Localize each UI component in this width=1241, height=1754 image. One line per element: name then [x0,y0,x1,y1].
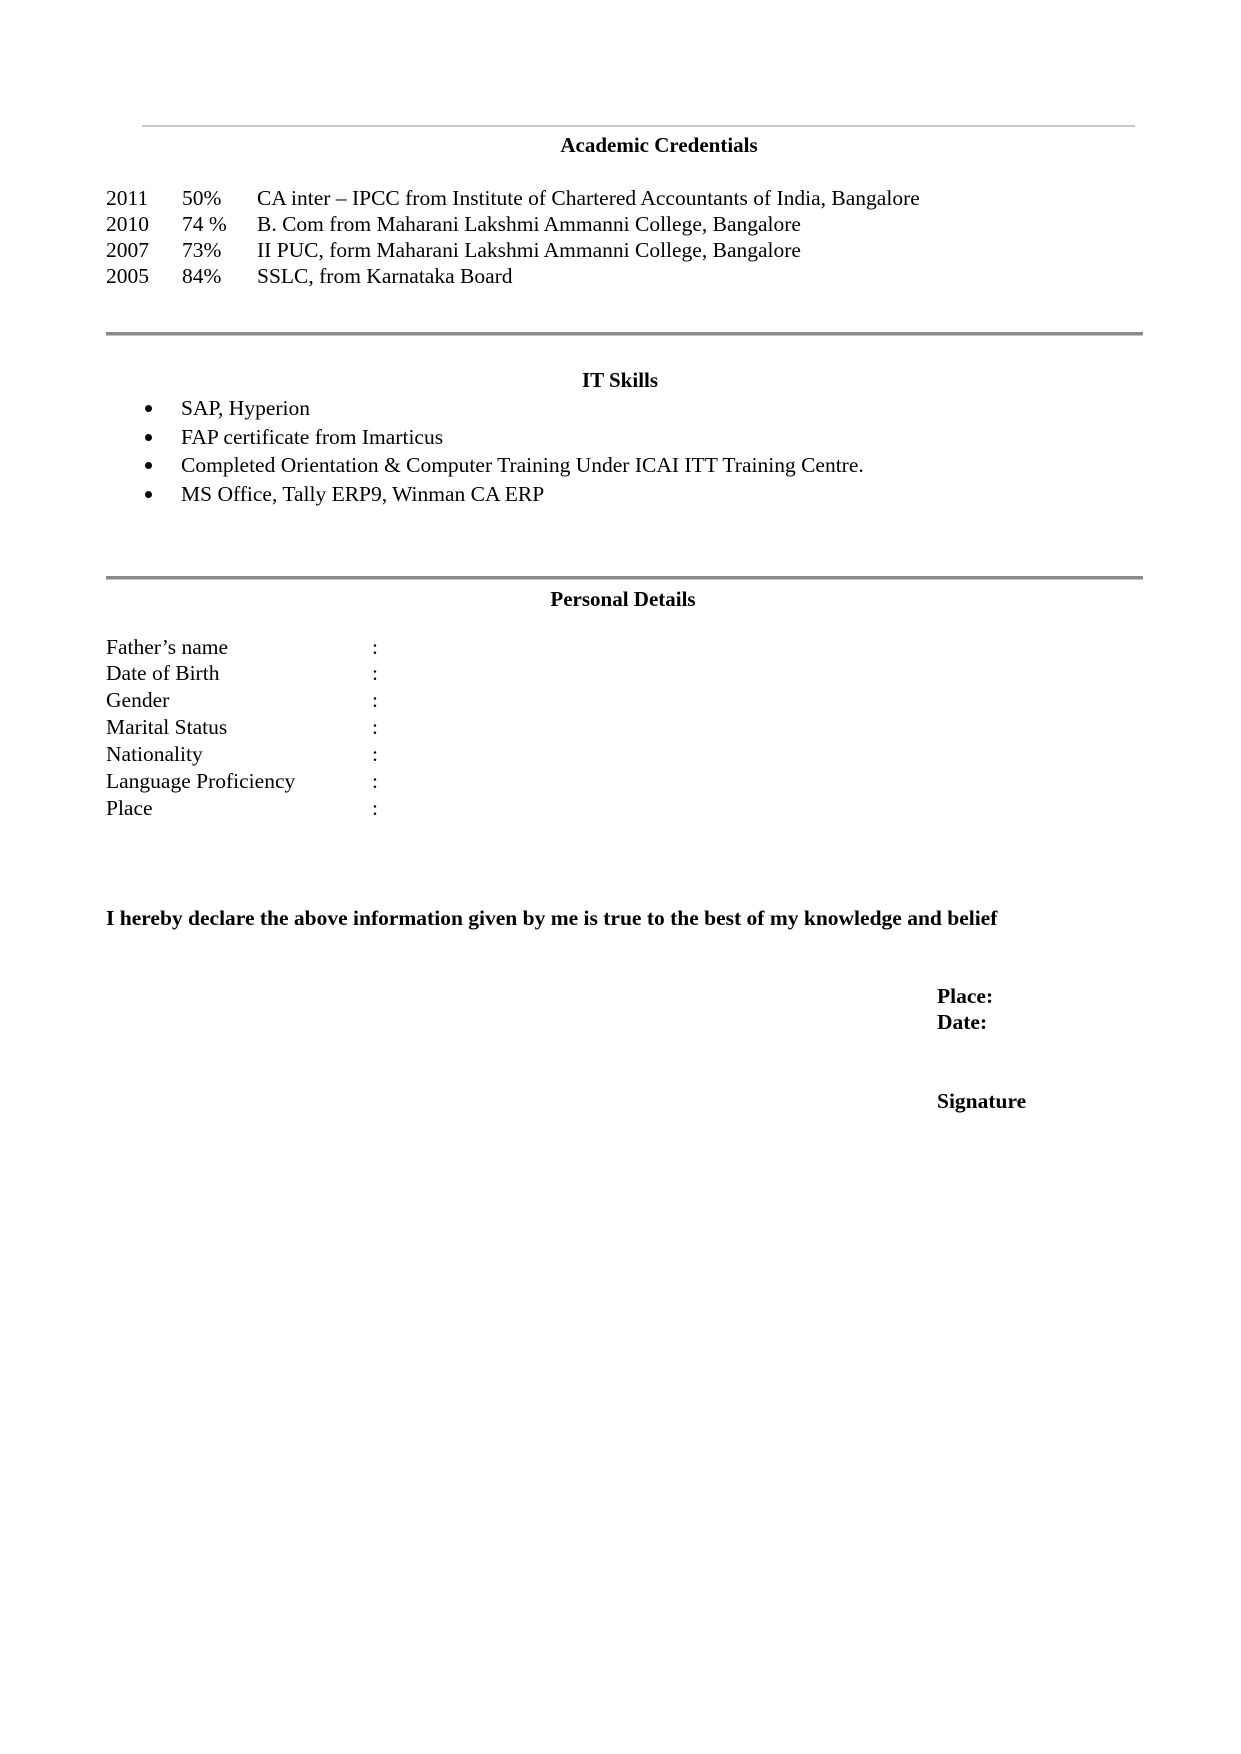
field-separator: : [372,660,378,686]
field-label: Nationality [106,741,203,767]
field-label: Place [106,795,153,821]
top-divider [142,125,1135,127]
academic-year: 2010 [106,211,149,237]
academic-percent: 84% [182,263,221,289]
signature-label: Signature [937,1088,1026,1114]
academic-percent: 74 % [182,211,227,237]
bullet-icon [145,462,152,469]
field-label: Date of Birth [106,660,219,686]
field-separator: : [372,741,378,767]
skill-text: Completed Orientation & Computer Trainin… [181,451,864,480]
field-label: Father’s name [106,634,228,660]
field-separator: : [372,768,378,794]
place-label: Place: [937,983,993,1009]
academic-credentials-heading: Academic Credentials [560,132,757,158]
academic-description: II PUC, form Maharani Lakshmi Ammanni Co… [257,237,801,263]
bullet-icon [145,434,152,441]
field-separator: : [372,687,378,713]
field-separator: : [372,795,378,821]
it-skills-heading: IT Skills [582,367,658,393]
field-label: Gender [106,687,169,713]
field-separator: : [372,714,378,740]
academic-year: 2011 [106,185,148,211]
academic-percent: 50% [182,185,221,211]
skill-text: MS Office, Tally ERP9, Winman CA ERP [181,480,544,509]
academic-year: 2007 [106,237,149,263]
skill-text: FAP certificate from Imarticus [181,423,443,452]
field-label: Language Proficiency [106,768,295,794]
bullet-icon [145,491,152,498]
academic-year: 2005 [106,263,149,289]
academic-description: B. Com from Maharani Lakshmi Ammanni Col… [257,211,801,237]
field-separator: : [372,634,378,660]
academic-percent: 73% [182,237,221,263]
declaration-text: I hereby declare the above information g… [106,904,997,932]
date-label: Date: [937,1009,987,1035]
field-label: Marital Status [106,714,227,740]
academic-description: CA inter – IPCC from Institute of Charte… [257,185,920,211]
academic-description: SSLC, from Karnataka Board [257,263,513,289]
skill-text: SAP, Hyperion [181,394,310,423]
section-divider [106,576,1143,580]
bullet-icon [145,405,152,412]
section-divider [106,332,1143,336]
personal-details-heading: Personal Details [550,586,695,612]
